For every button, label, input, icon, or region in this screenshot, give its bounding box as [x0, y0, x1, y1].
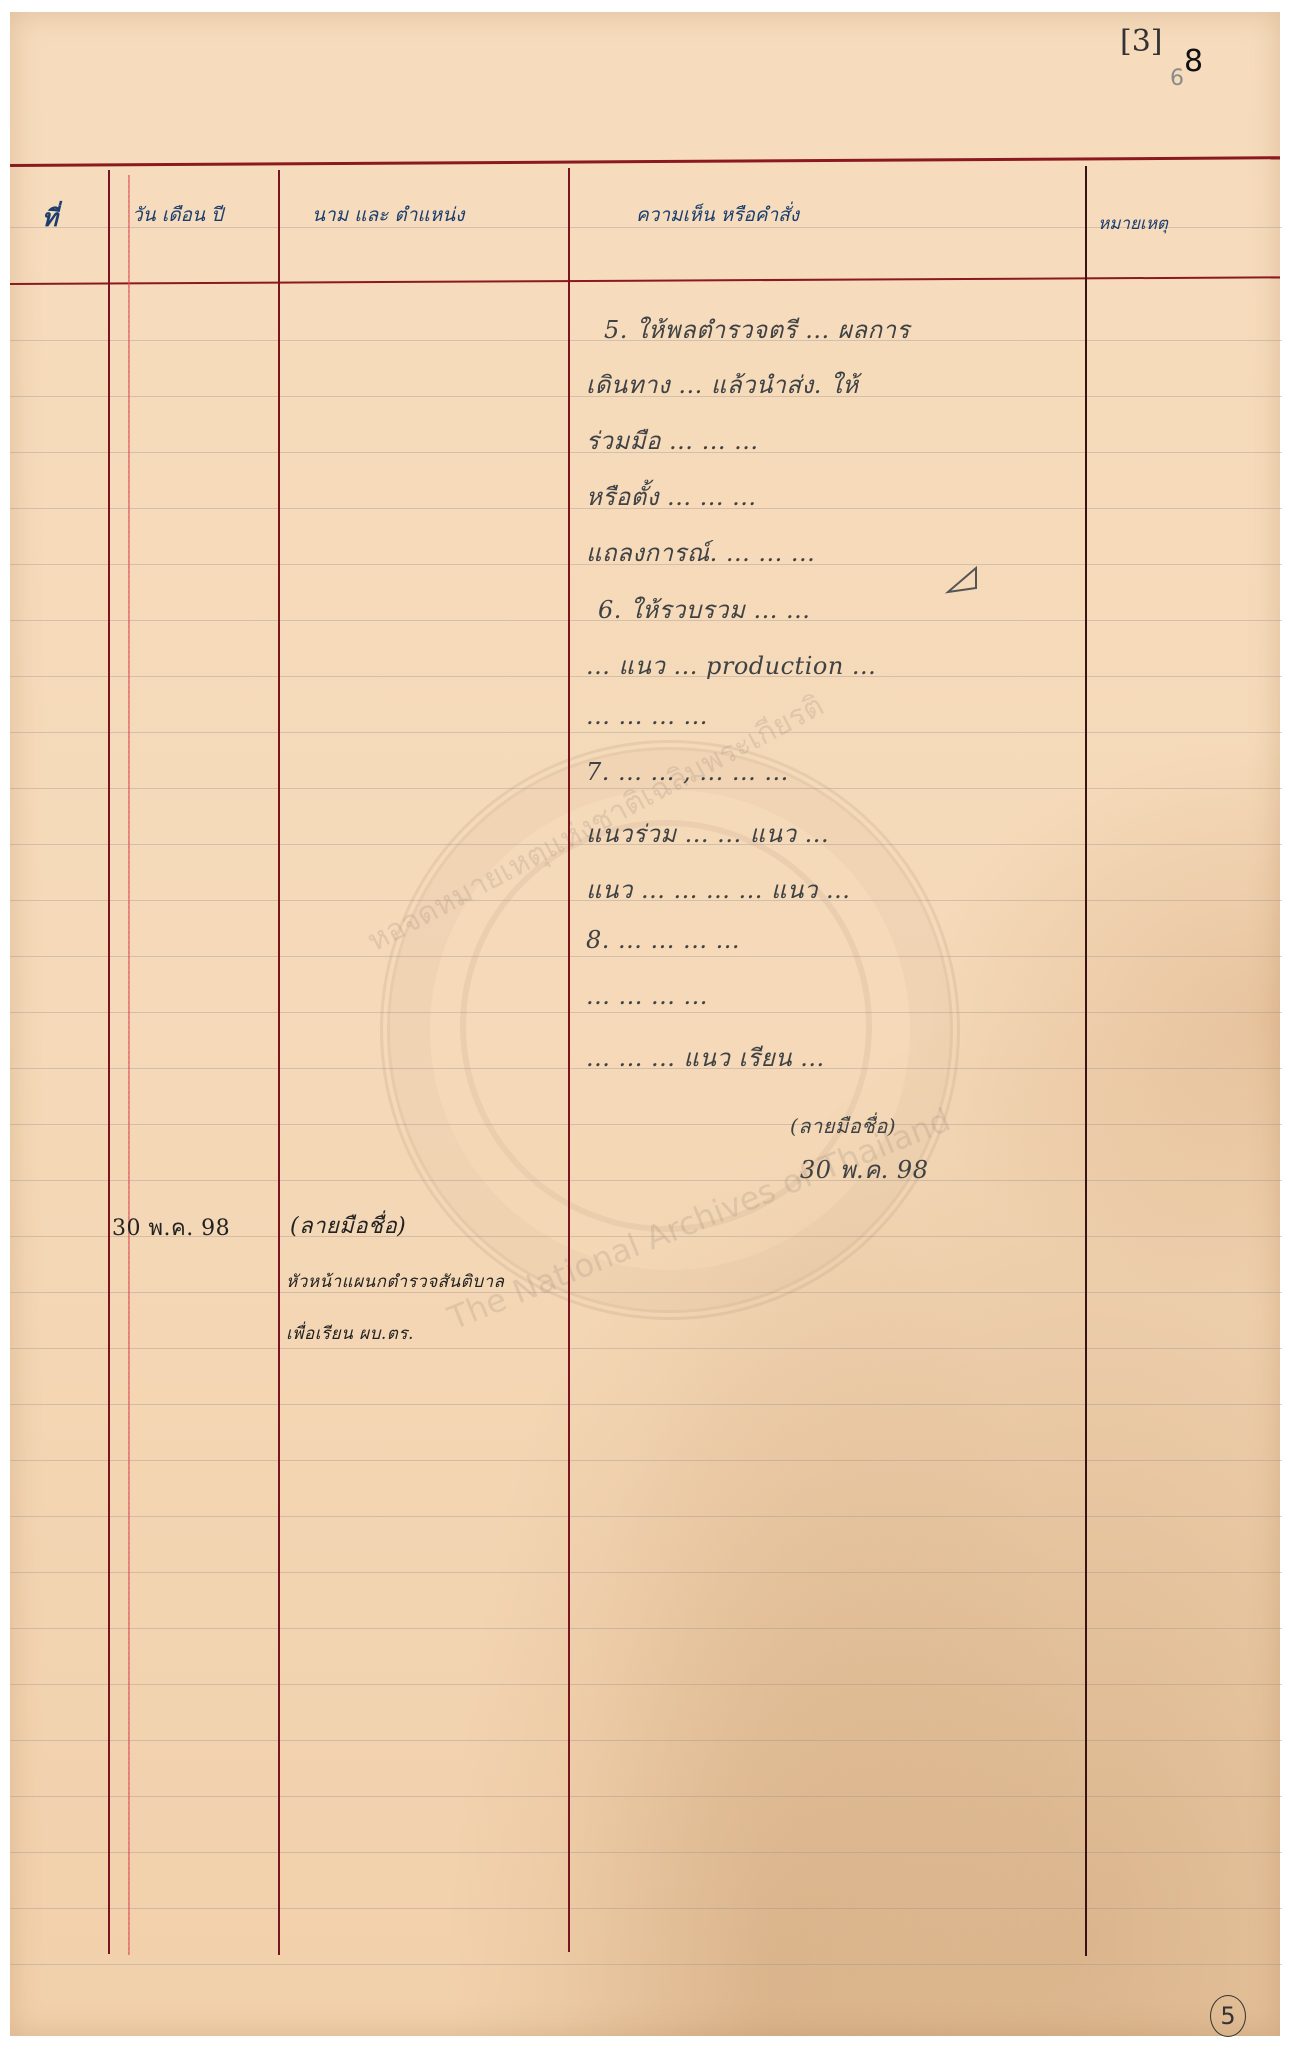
entry-signature: (ลายมือชื่อ)	[290, 1208, 406, 1243]
page-reference-pencil-mark: 6	[1170, 66, 1184, 91]
column-divider-2	[278, 170, 280, 1955]
comment-line: ... ... ... แนว เรียน ...	[586, 1038, 825, 1077]
column-divider-1	[108, 170, 110, 1954]
comment-line: 8. ... ... ... ...	[586, 926, 740, 954]
comment-line: ร่วมมือ ... ... ...	[586, 421, 758, 460]
entry-position-line: เพื่อเรียน ผบ.ตร.	[286, 1320, 414, 1347]
header-date: วัน เดือน ปี	[132, 200, 223, 230]
comment-signature: (ลายมือชื่อ)	[790, 1110, 896, 1142]
header-no: ที่	[42, 198, 58, 237]
entry-position-line: หัวหน้าแผนกตำรวจสันติบาล	[286, 1268, 504, 1295]
page-folio-number: 8	[1184, 44, 1203, 79]
comment-signature-date: 30 พ.ค. 98	[800, 1150, 928, 1189]
comment-line: 7. ... ... , ... ... ...	[586, 758, 789, 786]
comment-line: ... ... ... ...	[586, 702, 708, 730]
header-remarks: หมายเหตุ	[1098, 210, 1168, 237]
comment-line: 5. ให้พลตำรวจตรี ... ผลการ	[604, 310, 910, 349]
circled-page-number: 5	[1210, 1995, 1246, 2037]
page-reference-bracket: [3]	[1120, 24, 1163, 59]
comment-line: 6. ให้รวบรวม ... ...	[598, 590, 810, 629]
entry-date: 30 พ.ค. 98	[112, 1210, 230, 1245]
margin-line	[128, 175, 130, 1955]
comment-line: หรือตั้ง ... ... ...	[586, 477, 756, 516]
comment-line: แนวร่วม ... ... แนว ...	[586, 814, 829, 853]
header-comment: ความเห็น หรือคำสั่ง	[636, 200, 799, 230]
column-divider-3	[568, 168, 570, 1952]
comment-line: แนว ... ... ... ... แนว ...	[586, 870, 850, 909]
comment-line: เดินทาง ... แล้วนำส่ง. ให้	[586, 365, 859, 404]
column-divider-4	[1085, 166, 1087, 1956]
triangle-mark-icon	[940, 566, 980, 598]
comment-line: แถลงการณ์. ... ... ...	[586, 533, 815, 572]
comment-line: ... ... ... ...	[586, 982, 708, 1010]
comment-line: ... แนว ... production ...	[586, 646, 876, 685]
header-name-position: นาม และ ตำแหน่ง	[312, 200, 464, 230]
